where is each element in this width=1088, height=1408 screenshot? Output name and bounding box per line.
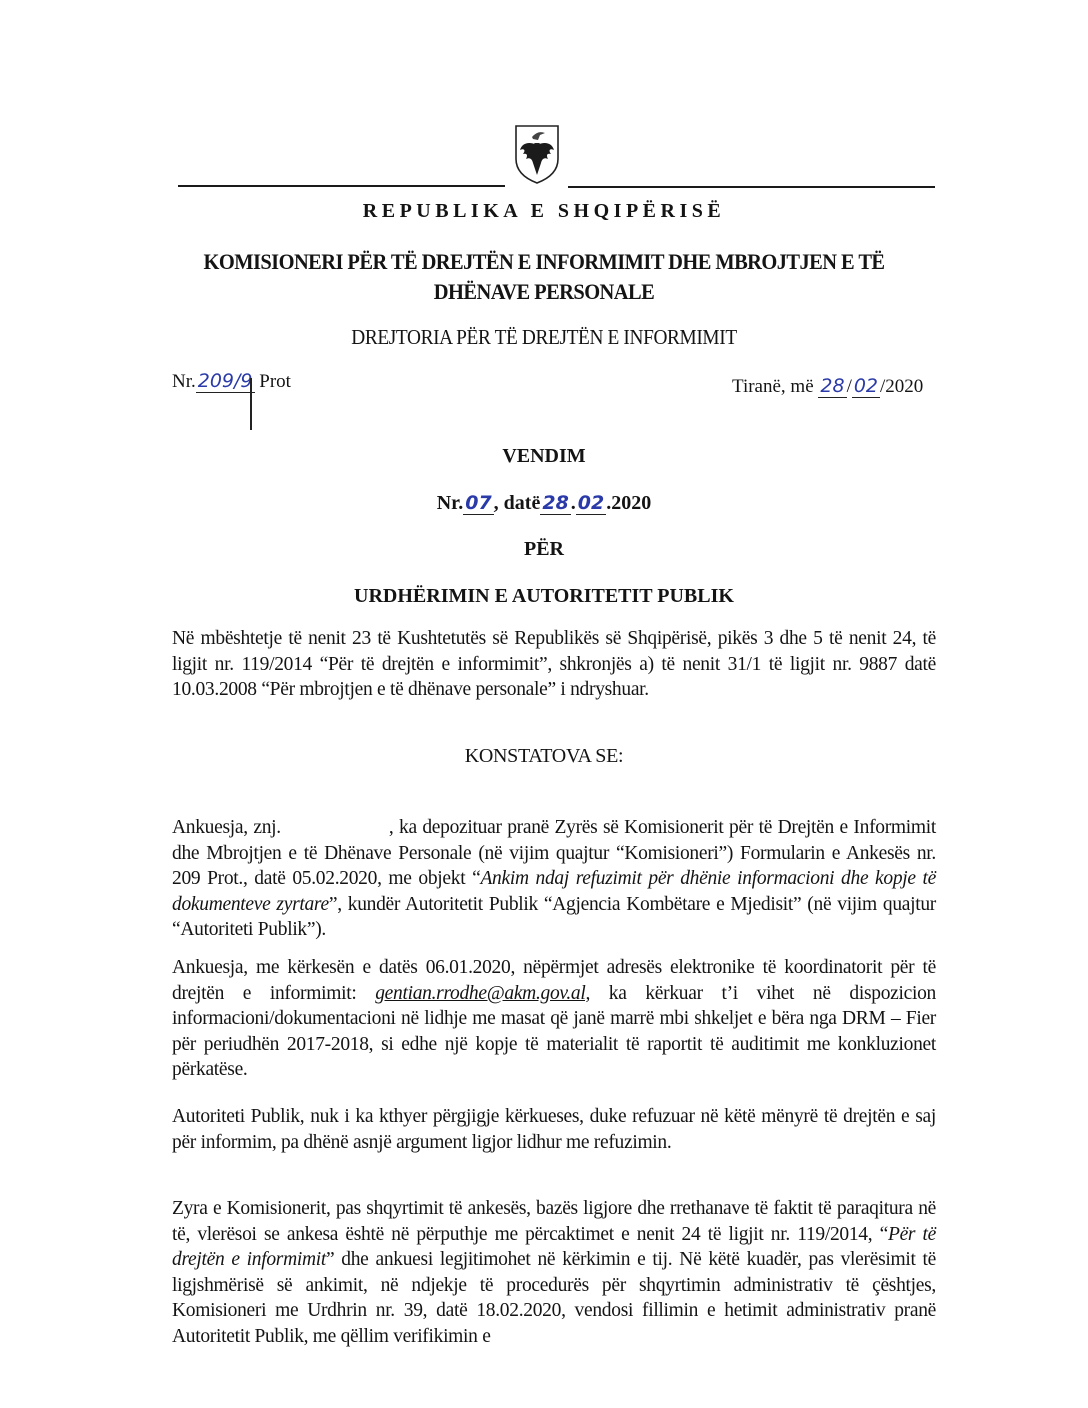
decision-day-handwritten: 28	[540, 492, 570, 515]
date-day-handwritten: 28	[818, 375, 846, 398]
refusal-paragraph: Autoriteti Publik, nuk i ka kthyer përgj…	[172, 1104, 936, 1155]
protocol-pen-stroke	[250, 378, 252, 430]
date-year: /2020	[880, 376, 923, 397]
country-title: REPUBLIKA E SHQIPËRISË	[0, 200, 1088, 223]
decision-number-line: Nr.07, datë28.02.2020	[0, 492, 1088, 515]
date-month-handwritten: 02	[852, 375, 880, 398]
complaint-paragraph: Ankuesja, znj., ka depozituar pranë Zyrë…	[172, 815, 936, 943]
decision-subject: URDHËRIMIN E AUTORITETIT PUBLIK	[0, 585, 1088, 608]
legal-basis-paragraph: Në mbështetje të nenit 23 të Kushtetutës…	[172, 626, 936, 703]
protocol-number: Nr.209/9 Prot	[172, 370, 291, 393]
review-text-start: Zyra e Komisionerit, pas shqyrtimit të a…	[172, 1198, 936, 1245]
decision-title: VENDIM	[0, 445, 1088, 468]
request-paragraph: Ankuesja, me kërkesën e datës 06.01.2020…	[172, 955, 936, 1083]
decision-year: .2020	[606, 492, 651, 514]
header-rule-right	[568, 186, 935, 188]
institution-line-1: KOMISIONERI PËR TË DREJTËN E INFORMIMIT …	[38, 247, 1050, 277]
institution-line-2: DHËNAVE PERSONALE	[38, 277, 1050, 307]
findings-heading: KONSTATOVA SE:	[0, 745, 1088, 768]
coordinator-email-link[interactable]: gentian.rrodhe@akm.gov.al,	[375, 983, 590, 1004]
place-date: Tiranë, më 28/02/2020	[732, 375, 923, 398]
coat-of-arms-icon	[513, 123, 561, 185]
protocol-handwritten-number: 209/9	[196, 370, 255, 393]
decision-number-handwritten: 07	[463, 492, 493, 515]
review-paragraph: Zyra e Komisionerit, pas shqyrtimit të a…	[172, 1196, 936, 1349]
header-rule-left	[178, 185, 505, 187]
complaint-text-start: Ankuesja, znj.	[172, 817, 281, 838]
protocol-prefix: Nr.	[172, 371, 196, 392]
decision-per: PËR	[0, 538, 1088, 561]
decision-date-prefix: , datë	[494, 492, 541, 514]
directorate-title: DREJTORIA PËR TË DREJTËN E INFORMIMIT	[44, 325, 1045, 350]
place-prefix: Tiranë, më	[732, 376, 818, 397]
decision-month-handwritten: 02	[576, 492, 606, 515]
decision-nr-prefix: Nr.	[437, 492, 463, 514]
protocol-suffix: Prot	[259, 371, 291, 392]
institution-title: KOMISIONERI PËR TË DREJTËN E INFORMIMIT …	[38, 247, 1050, 307]
document-page: REPUBLIKA E SHQIPËRISË KOMISIONERI PËR T…	[0, 0, 1088, 1408]
